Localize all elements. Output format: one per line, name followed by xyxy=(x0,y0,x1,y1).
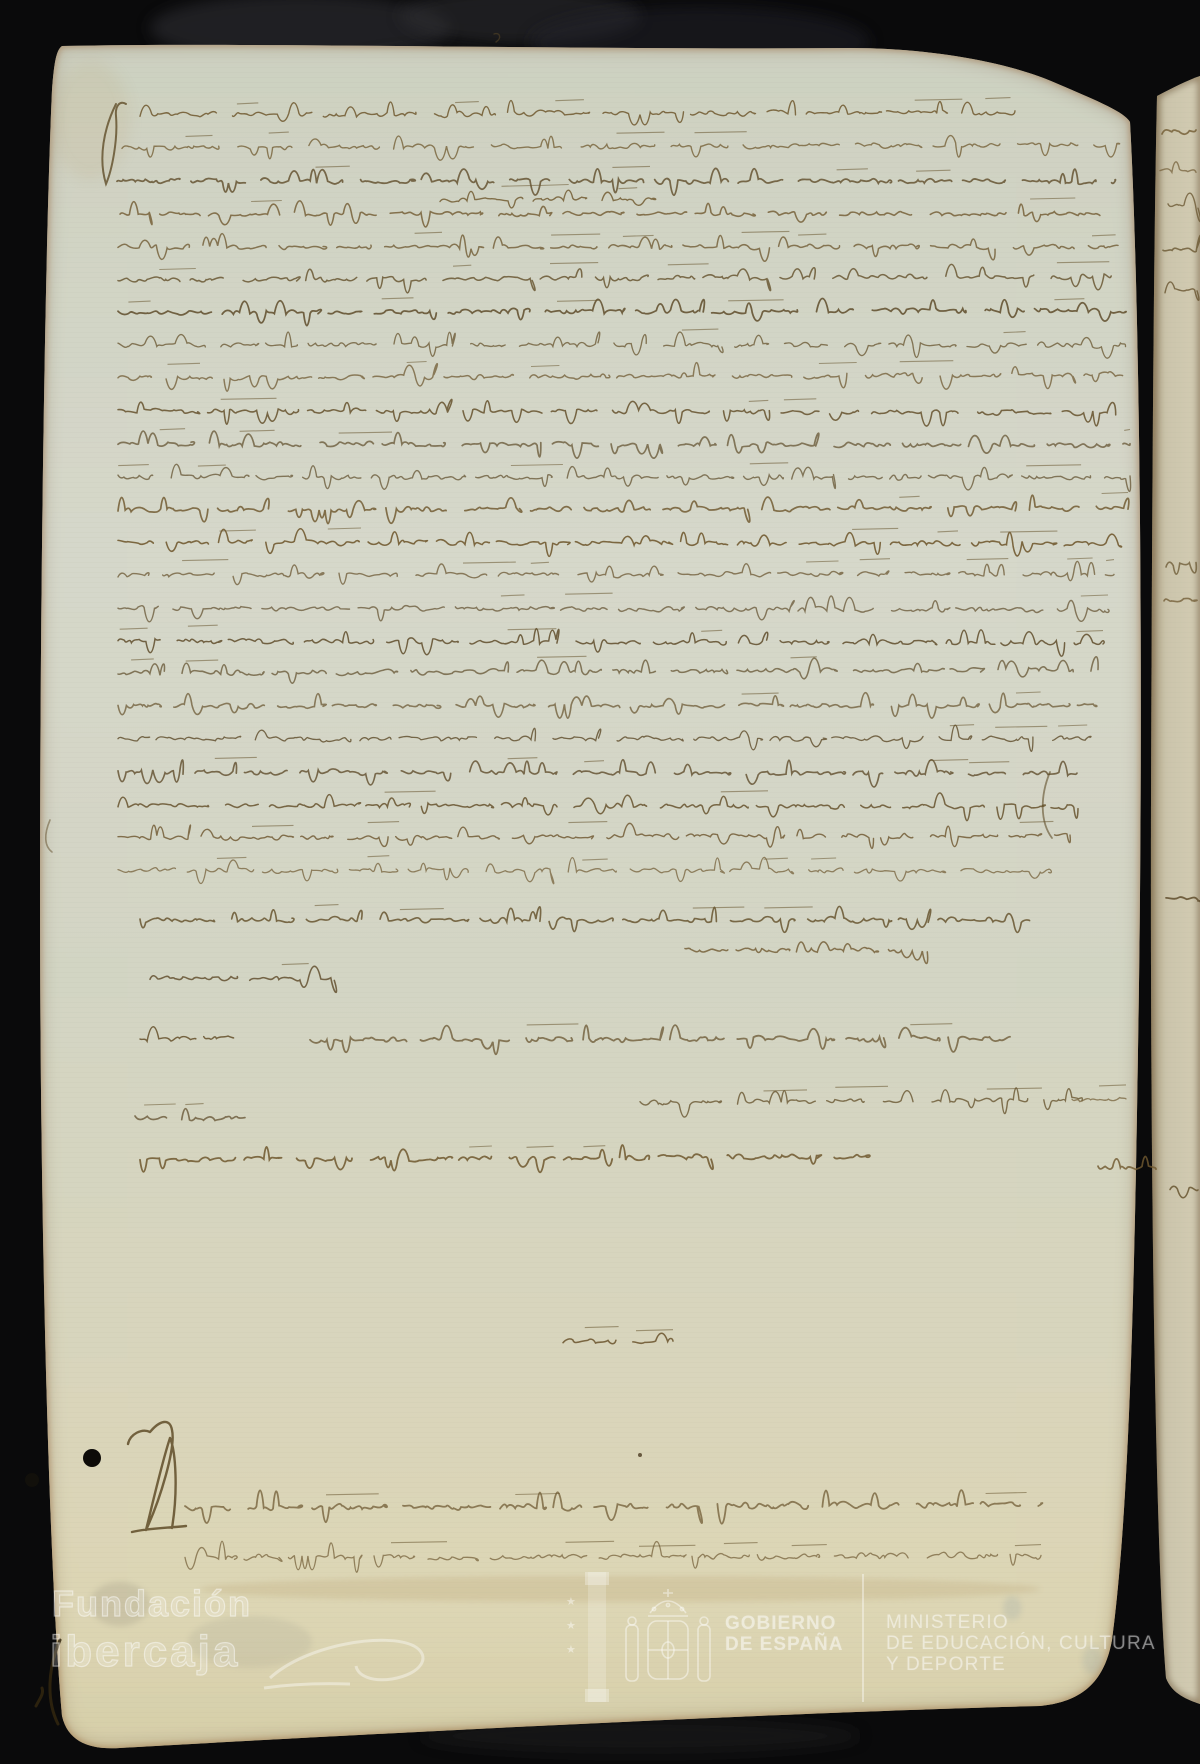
star-icon: ★ xyxy=(566,1645,576,1656)
manuscript-photograph: Fundación ibercaja ★ ★ ★ GOBIERNO xyxy=(0,0,1200,1764)
ministerio-line1: MINISTERIO xyxy=(886,1612,1156,1633)
flag-stars-icon: ★ ★ ★ xyxy=(566,1597,576,1656)
ministerio-line2: DE EDUCACIÓN, CULTURA xyxy=(886,1633,1156,1654)
star-icon: ★ xyxy=(566,1597,576,1608)
flag-bar-icon xyxy=(588,1572,606,1702)
logo-divider xyxy=(862,1574,864,1702)
watermark-ministerio: MINISTERIO DE EDUCACIÓN, CULTURA Y DEPOR… xyxy=(886,1612,1156,1675)
gobierno-line2: DE ESPAÑA xyxy=(725,1634,843,1655)
ibercaja-wordmark: ibercaja xyxy=(50,1630,240,1674)
gobierno-line1: GOBIERNO xyxy=(725,1613,843,1634)
ibercaja-swoosh-icon xyxy=(262,1626,437,1706)
gobierno-text: GOBIERNO DE ESPAÑA xyxy=(725,1613,843,1655)
main-folio xyxy=(25,30,1156,1760)
photo-canvas xyxy=(0,0,1200,1764)
star-icon: ★ xyxy=(566,1621,576,1632)
ministerio-line3: Y DEPORTE xyxy=(886,1654,1156,1675)
spain-coat-of-arms-icon xyxy=(618,1583,718,1708)
fundacion-wordmark: Fundación xyxy=(52,1586,252,1622)
paper-aging xyxy=(30,30,1150,1760)
